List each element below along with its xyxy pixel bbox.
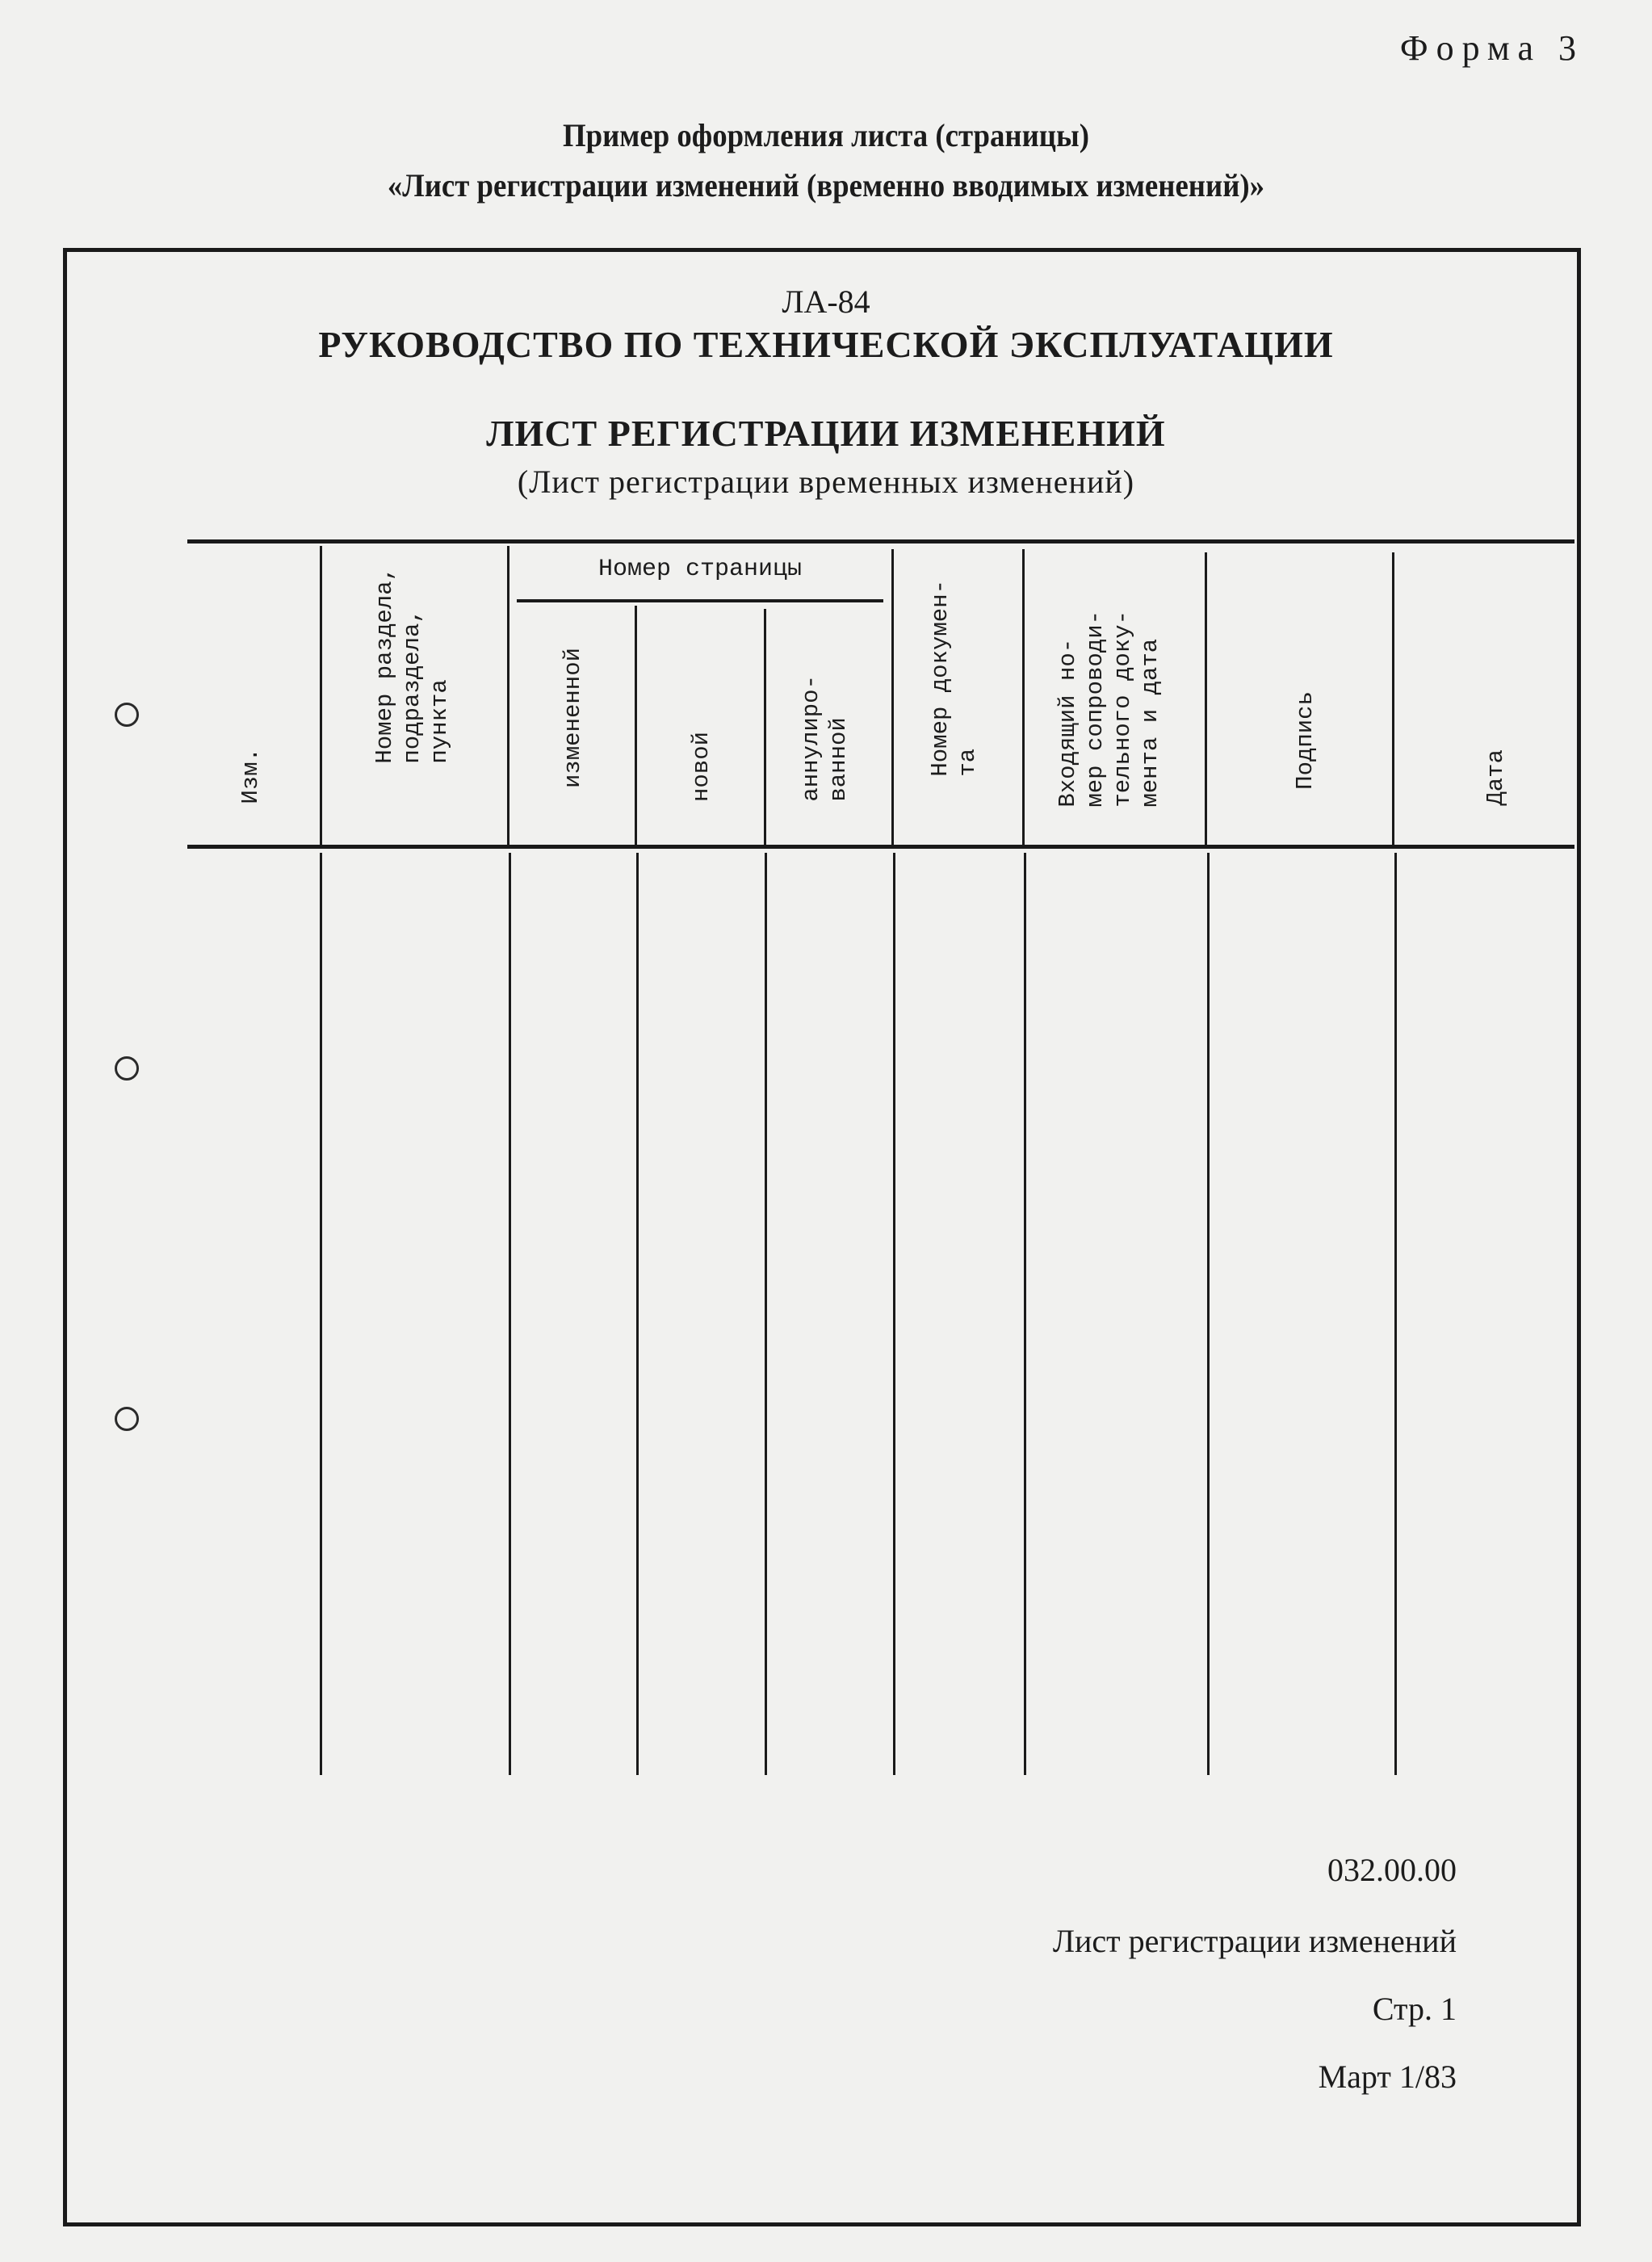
form-label: Форма 3: [1400, 27, 1584, 69]
column-divider: [893, 853, 895, 1775]
column-divider: [1207, 853, 1210, 1775]
footer-page-number: Стр. 1: [1373, 1990, 1457, 2028]
column-header-incoming-doc: Входящий но- мер сопроводи- тельного док…: [1055, 611, 1164, 808]
table-top-rule: [187, 539, 1574, 543]
column-divider: [635, 606, 637, 845]
column-divider: [1024, 853, 1026, 1775]
column-divider: [320, 853, 322, 1775]
column-header-new-page: новой: [688, 732, 715, 802]
column-divider: [1394, 853, 1397, 1775]
column-divider: [1205, 552, 1207, 845]
table-header-rule: [187, 845, 1574, 849]
column-divider: [891, 549, 894, 845]
column-divider: [764, 609, 766, 845]
footer-section-code: 032.00.00: [1327, 1851, 1457, 1889]
document-code: ЛА-84: [0, 283, 1652, 321]
column-divider: [1392, 552, 1394, 845]
sheet-title: ЛИСТ РЕГИСТРАЦИИ ИЗМЕНЕНИЙ: [0, 412, 1652, 455]
column-divider: [507, 546, 509, 845]
binder-hole-icon: [115, 1407, 139, 1431]
sheet-subtitle: (Лист регистрации временных изменений): [0, 463, 1652, 501]
column-header-signature: Подпись: [1292, 691, 1319, 790]
column-divider: [509, 853, 511, 1775]
document-title: РУКОВОДСТВО ПО ТЕХНИЧЕСКОЙ ЭКСПЛУАТАЦИИ: [0, 323, 1652, 366]
column-header-changed-page: измененной: [560, 648, 587, 788]
binder-hole-icon: [115, 1056, 139, 1081]
column-header-document-no: Номер докумен- та: [927, 580, 982, 777]
column-header-change-no: Изм.: [237, 748, 265, 804]
column-header-section: Номер раздела, подраздела, пункта: [371, 567, 454, 764]
column-divider: [320, 546, 322, 845]
column-header-date: Дата: [1482, 749, 1510, 806]
page-number-group-header: Номер страницы: [517, 556, 883, 583]
binder-hole-icon: [115, 703, 139, 727]
column-divider: [765, 853, 767, 1775]
column-divider: [1022, 549, 1025, 845]
column-divider: [636, 853, 639, 1775]
page-number-group-rule: [517, 599, 883, 602]
column-header-cancelled-page: аннулиро- ванной: [798, 675, 853, 802]
caption-line-2: «Лист регистрации изменений (временно вв…: [66, 166, 1586, 204]
footer-revision-date: Март 1/83: [1319, 2058, 1457, 2096]
caption-line-1: Пример оформления листа (страницы): [66, 116, 1586, 154]
footer-section-name: Лист регистрации изменений: [1053, 1922, 1457, 1960]
